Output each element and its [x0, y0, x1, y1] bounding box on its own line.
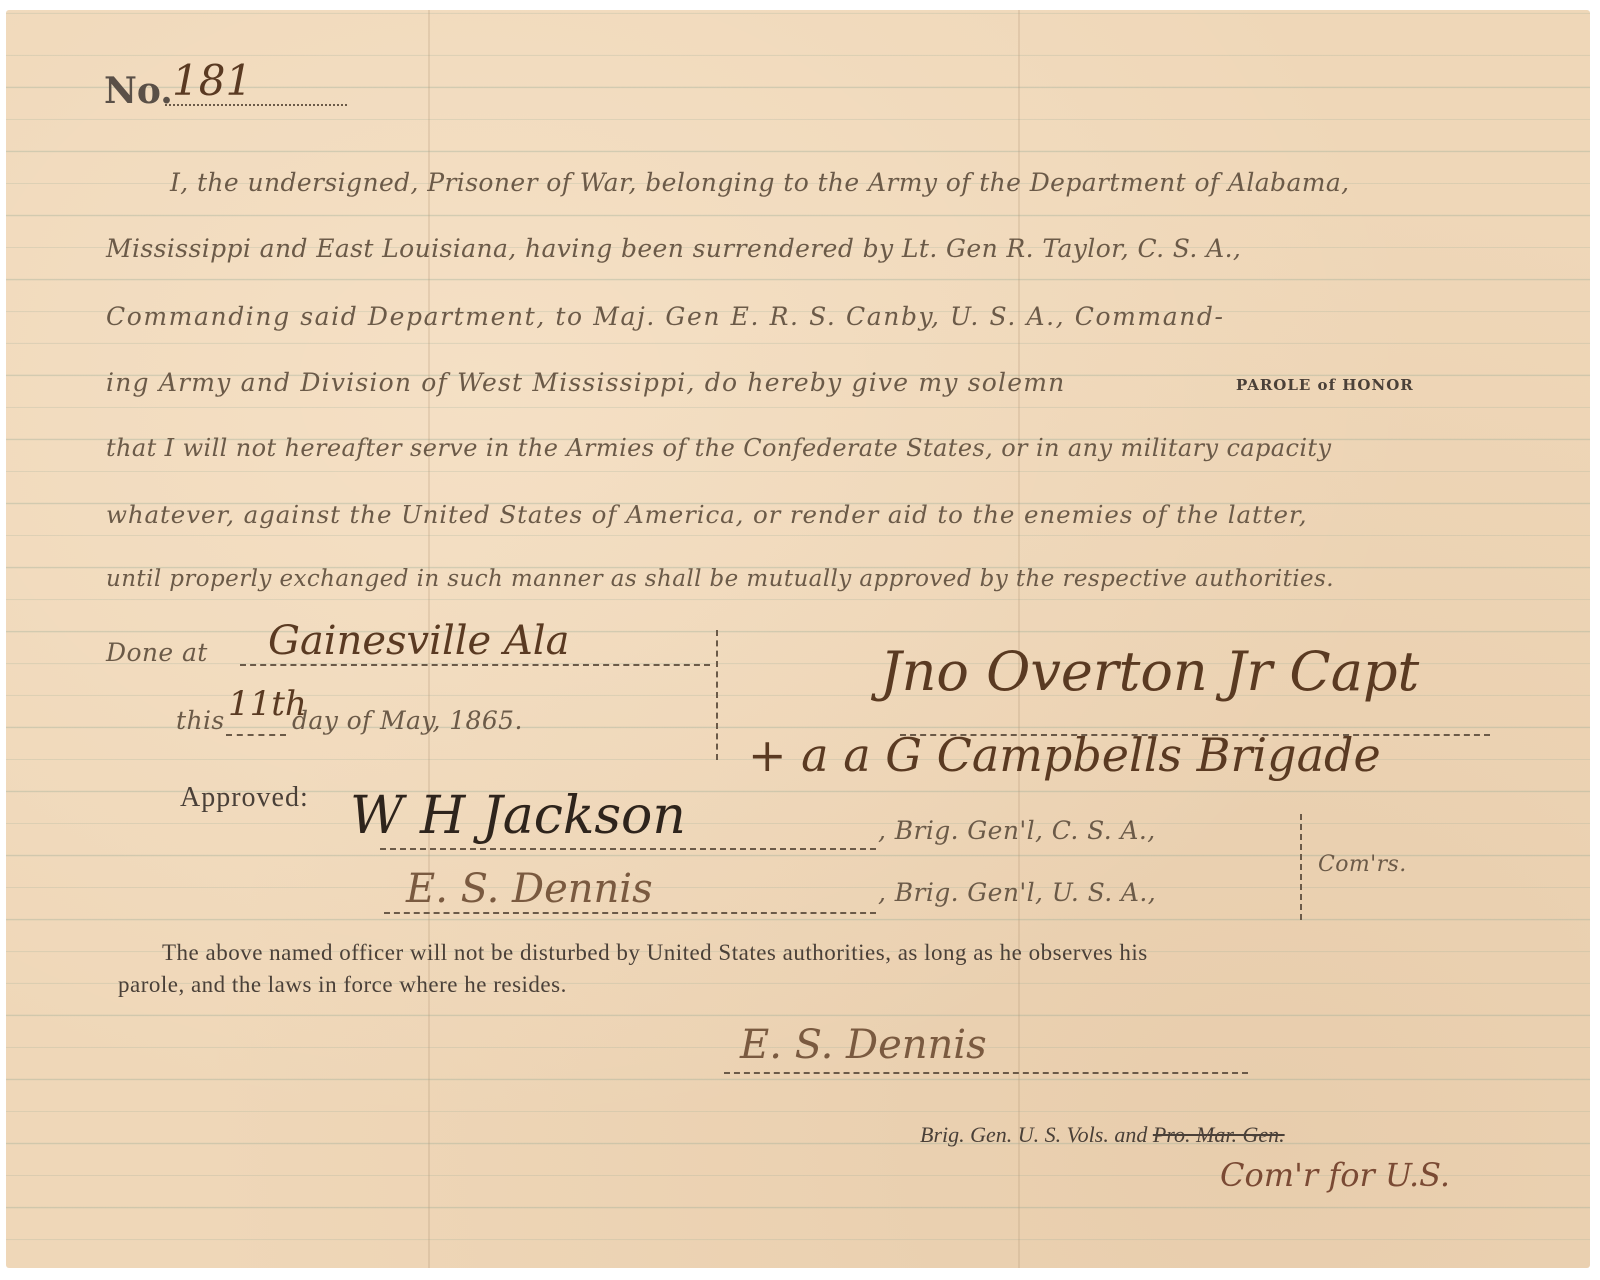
- notice-line-1: The above named officer will not be dist…: [162, 940, 1148, 966]
- officer-signature: Jno Overton Jr Capt: [880, 640, 1419, 703]
- date-prefix: this: [176, 706, 225, 735]
- bottom-title-struck: Pro. Mar. Gen.: [1153, 1122, 1285, 1147]
- date-line: [226, 734, 286, 736]
- fold-line: [1018, 10, 1020, 1268]
- number-label: No.: [104, 70, 173, 112]
- body-line-1: I, the undersigned, Prisoner of War, bel…: [170, 168, 1350, 197]
- notice-line-2: parole, and the laws in force where he r…: [118, 972, 567, 998]
- number-value: 181: [172, 56, 252, 105]
- body-line-3: Commanding said Department, to Maj. Gen …: [106, 302, 1225, 331]
- bottom-note: Com'r for U.S.: [1220, 1156, 1450, 1194]
- body-line-6: whatever, against the United States of A…: [106, 500, 1307, 529]
- commissioners-label: Com'rs.: [1318, 852, 1407, 877]
- approved-label: Approved:: [180, 782, 309, 814]
- paper-sheet: [6, 10, 1590, 1268]
- approver1-signature: W H Jackson: [350, 786, 686, 846]
- approver1-line: [380, 848, 876, 850]
- body-line-2: Mississippi and East Louisiana, having b…: [106, 234, 1241, 263]
- bottom-title: Brig. Gen. U. S. Vols. and Pro. Mar. Gen…: [920, 1122, 1285, 1148]
- body-line-4: ing Army and Division of West Mississipp…: [106, 368, 1065, 397]
- approver2-line: [384, 912, 876, 914]
- done-at-line: [240, 664, 710, 666]
- number-line: [165, 104, 347, 106]
- done-at-value: Gainesville Ala: [268, 618, 569, 664]
- date-suffix: day of May, 1865.: [292, 706, 523, 735]
- bottom-signature-line: [724, 1072, 1248, 1074]
- bracket-line: [716, 630, 718, 760]
- body-line-5: that I will not hereafter serve in the A…: [106, 434, 1331, 462]
- approver2-signature: E. S. Dennis: [406, 866, 653, 912]
- approver2-title: , Brig. Gen'l, U. S. A.,: [878, 878, 1156, 907]
- bottom-signature: E. S. Dennis: [740, 1022, 987, 1068]
- approver1-title: , Brig. Gen'l, C. S. A.,: [878, 816, 1156, 845]
- officer-unit: + a a G Campbells Brigade: [748, 728, 1381, 782]
- done-at-label: Done at: [106, 638, 208, 667]
- bottom-title-prefix: Brig. Gen. U. S. Vols. and: [920, 1122, 1147, 1147]
- commissioners-bracket: [1300, 814, 1302, 920]
- body-line-7: until properly exchanged in such manner …: [106, 566, 1334, 592]
- parole-of-honor: PAROLE of HONOR: [1236, 376, 1414, 394]
